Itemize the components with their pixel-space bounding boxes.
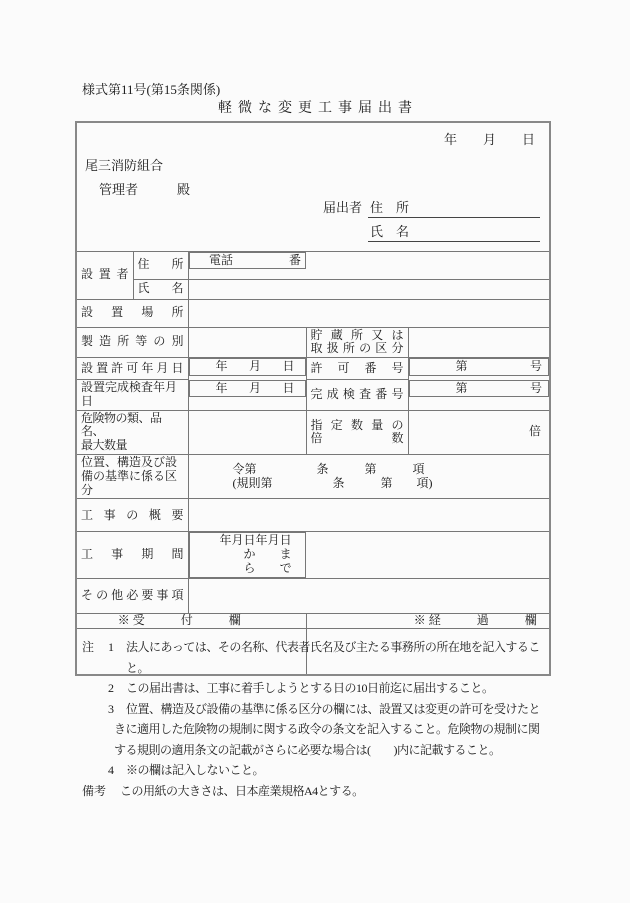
to-year-label: 年 (256, 534, 268, 575)
row-work-outline: 工事の概要 (76, 499, 550, 532)
facility-type-label-cell: 製造所等の別 (76, 327, 188, 358)
progress-column-header: ※ 経 過 欄 (306, 613, 550, 628)
multiple-label: 指定数量の 倍数 (311, 419, 404, 447)
facility-type-value-cell (188, 327, 306, 358)
completion-date-label: 設置完成検査年月 日 (81, 380, 177, 408)
remark-text: この用紙の大きさは、日本産業規格A4とする。 (120, 781, 552, 802)
permit-date-label: 設置許可年月日 (81, 362, 184, 376)
place-value-cell (188, 299, 550, 327)
month-label: 月 (249, 360, 261, 374)
row-hazardous-materials: 危険物の類、品名、 最大数量 指定数量の 倍数 倍 (76, 410, 550, 454)
work-outline-value-cell (188, 499, 550, 532)
footnotes: 注 1 法人にあっては、その名称、代表者氏名及び主たる事務所の所在地を記入するこ… (82, 637, 552, 801)
other-items-label: その他必要事項 (81, 589, 184, 603)
submission-date-line: 年 月 日 (444, 133, 535, 148)
row-completion-inspection: 設置完成検査年月 日 年 月 日 完成検査番号 第 号 (76, 380, 550, 411)
note-item: 3 位置、構造及び設備の基準に係る区分の欄には、設置又は変更の許可を受けたと き… (82, 699, 552, 761)
standards-label: 位置、構造及び設 備の基準に係る区 分 (81, 455, 177, 497)
address-label: 住所 (138, 258, 184, 272)
permit-number-label-cell: 許可番号 (306, 358, 408, 380)
note-number: 2 (108, 678, 126, 699)
hazmat-label-cell: 危険物の類、品名、 最大数量 (76, 410, 188, 454)
installer-label-cell: 設置者 (76, 251, 133, 299)
place-label-cell: 設置場所 (76, 299, 188, 327)
number-prefix: 第 (456, 360, 468, 374)
addressee-line: 管理者 殿 (99, 183, 190, 198)
row-stamp-headers: ※ 受 付 欄 ※ 経 過 欄 (76, 613, 550, 628)
name-field-label: 氏 名 (370, 224, 409, 239)
completion-date-label-cell: 設置完成検査年月 日 (76, 380, 188, 411)
from-year-label: 年 (220, 534, 232, 575)
number-prefix: 第 (456, 382, 468, 396)
inspection-number-label-cell: 完成検査番号 (306, 380, 408, 411)
place-label: 設置場所 (81, 306, 184, 320)
month-label: 月 (249, 382, 261, 396)
notification-form-table: 年 月 日 尾三消防組合 管理者 殿 届出者 住 所 氏 名 設置者 住所 電話… (75, 121, 551, 676)
remark-row: 備考 この用紙の大きさは、日本産業規格A4とする。 (82, 781, 552, 802)
inspection-number-label: 完成検査番号 (311, 388, 404, 402)
name-label: 氏名 (138, 282, 184, 296)
hazmat-value-cell (188, 410, 306, 454)
other-items-label-cell: その他必要事項 (76, 578, 188, 613)
hazmat-label: 危険物の類、品名、 最大数量 (81, 411, 162, 453)
note-text: 位置、構造及び設備の基準に係る区分の欄には、設置又は変更の許可を受けたと きに適… (114, 699, 552, 761)
day-label: 日 (282, 360, 294, 374)
note-text: この届出書は、工事に着手しようとする日の10日前迄に届出すること。 (126, 678, 552, 699)
notifier-address-field: 住 所 (368, 201, 540, 218)
facility-category-value-cell (408, 327, 550, 358)
note-text: ※の欄は記入しないこと。 (126, 760, 552, 781)
note-text: 法人にあっては、その名称、代表者氏名及び主たる事務所の所在地を記入するこ と。 (126, 637, 552, 678)
permit-date-value-cell: 年 月 日 (189, 358, 306, 376)
installer-address-value-cell: 電話 番 (189, 252, 307, 270)
permit-number-value-cell: 第 号 (409, 358, 550, 376)
row-other-required-items: その他必要事項 (76, 578, 550, 613)
multiple-suffix: 倍 (529, 424, 541, 438)
facility-type-label: 製造所等の別 (81, 335, 184, 349)
installer-name-value-cell (188, 279, 550, 299)
to-month-label: 月 (268, 534, 280, 575)
form-header-cell: 年 月 日 尾三消防組合 管理者 殿 届出者 住 所 氏 名 (76, 122, 550, 251)
permit-date-label-cell: 設置許可年月日 (76, 358, 188, 380)
number-suffix: 号 (530, 382, 542, 396)
note-marker: 注 (82, 637, 108, 658)
row-installation-place: 設置場所 (76, 299, 550, 327)
work-outline-label: 工事の概要 (81, 509, 184, 523)
to-day-label: 日まで (280, 534, 292, 575)
facility-category-label-cell: 貯蔵所又は 取扱所の区分 (306, 327, 408, 358)
work-period-label-cell: 工事期間 (76, 532, 188, 578)
from-month-label: 月 (232, 534, 244, 575)
phone-number-suffix: 番 (289, 254, 301, 268)
standards-label-cell: 位置、構造及び設 備の基準に係る区 分 (76, 455, 188, 499)
phone-label: 電話 (209, 254, 233, 268)
work-outline-label-cell: 工事の概要 (76, 499, 188, 532)
note-item: 2 この届出書は、工事に着手しようとする日の10日前迄に届出すること。 (82, 678, 552, 699)
year-label: 年 (216, 360, 228, 374)
other-items-value-cell (188, 578, 550, 613)
ordinance-article-text: 令第 条 第 項 (規則第 条 第 項) (233, 462, 433, 490)
multiple-label-cell: 指定数量の 倍数 (306, 410, 408, 454)
document-title: 軽微な変更工事届出書 (0, 97, 630, 117)
form-number: 様式第11号(第15条関係) (82, 79, 220, 98)
completion-date-value-cell: 年 月 日 (189, 380, 306, 398)
note-item: 注 1 法人にあっては、その名称、代表者氏名及び主たる事務所の所在地を記入するこ… (82, 637, 552, 678)
year-label: 年 (216, 382, 228, 396)
notifier-block: 届出者 住 所 氏 名 (323, 201, 540, 242)
permit-number-label: 許可番号 (311, 362, 404, 376)
note-number: 1 (108, 637, 126, 658)
work-period-label: 工事期間 (81, 548, 184, 562)
row-work-period: 工事期間 年 月 日から 年 月 日まで (76, 532, 550, 578)
work-period-value-cell: 年 月 日から 年 月 日まで (189, 532, 307, 577)
fire-association-name: 尾三消防組合 (85, 159, 163, 174)
number-suffix: 号 (530, 360, 542, 374)
installer-name-label-cell: 氏名 (133, 279, 188, 299)
notifier-label: 届出者 (323, 201, 362, 242)
note-item: 4 ※の欄は記入しないこと。 (82, 760, 552, 781)
row-installer-name: 氏名 (76, 279, 550, 299)
row-standards-classification: 位置、構造及び設 備の基準に係る区 分 令第 条 第 項 (規則第 条 第 項) (76, 455, 550, 499)
from-day-label: 日から (244, 534, 256, 575)
row-permit-date: 設置許可年月日 年 月 日 許可番号 第 号 (76, 358, 550, 380)
standards-value-cell: 令第 条 第 項 (規則第 条 第 項) (188, 455, 550, 499)
installer-address-label-cell: 住所 (133, 251, 188, 279)
row-installer-address: 設置者 住所 電話 番 (76, 251, 550, 279)
remark-label: 備考 (82, 781, 120, 802)
note-number: 4 (108, 760, 126, 781)
reception-column-header: ※ 受 付 欄 (76, 613, 306, 628)
facility-category-label: 貯蔵所又は 取扱所の区分 (311, 329, 404, 357)
row-header: 年 月 日 尾三消防組合 管理者 殿 届出者 住 所 氏 名 (76, 122, 550, 251)
day-label: 日 (282, 382, 294, 396)
installer-label: 設置者 (81, 268, 129, 282)
row-facility-type: 製造所等の別 貯蔵所又は 取扱所の区分 (76, 327, 550, 358)
notifier-fields: 住 所 氏 名 (368, 201, 540, 242)
inspection-number-value-cell: 第 号 (409, 380, 550, 398)
notifier-name-field: 氏 名 (368, 225, 540, 242)
multiple-value-cell: 倍 (408, 410, 550, 454)
address-field-label: 住 所 (370, 200, 409, 215)
